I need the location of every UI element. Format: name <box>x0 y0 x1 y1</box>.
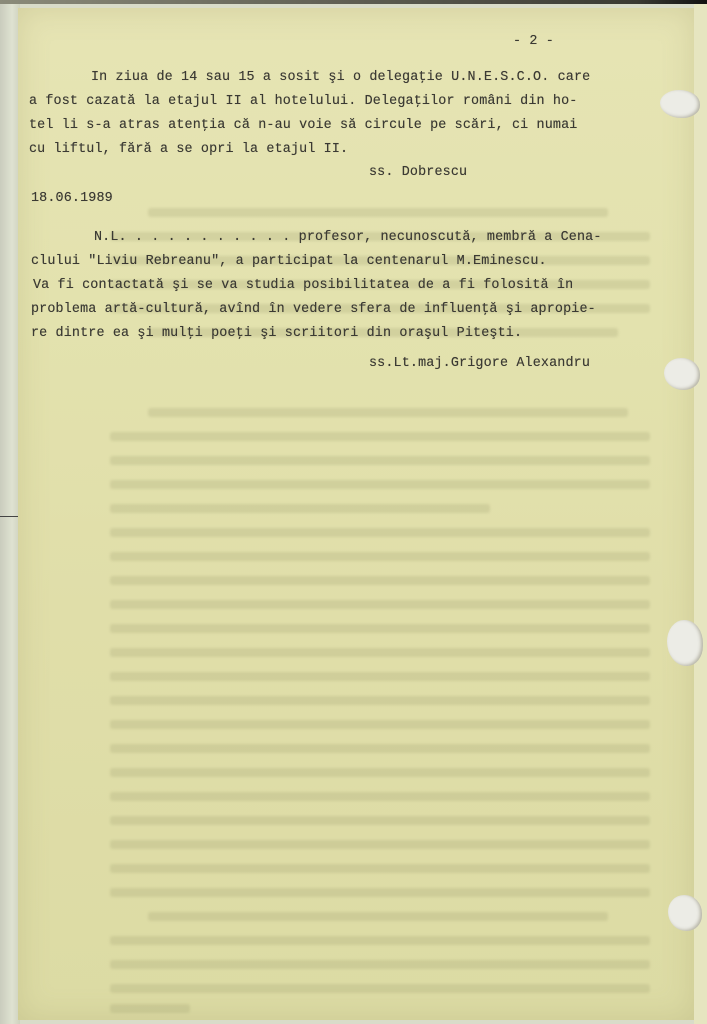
page-edge <box>694 0 707 1024</box>
paragraph-line: a fost cazată la etajul II al hotelului.… <box>29 90 577 114</box>
paragraph-line: N.L. . . . . . . . . . . profesor, necun… <box>94 226 602 250</box>
paragraph-line: clului "Liviu Rebreanu", a participat la… <box>31 250 547 274</box>
top-border-line <box>0 0 707 4</box>
paragraph-line: Va fi contactată şi se va studia posibil… <box>33 274 573 298</box>
punch-hole <box>660 90 700 118</box>
signature: ss.Lt.maj.Grigore Alexandru <box>369 352 590 376</box>
paragraph-line: problema artă-cultură, avînd în vedere s… <box>31 298 596 322</box>
left-margin-mark <box>0 516 18 517</box>
punch-hole <box>667 620 703 666</box>
punch-hole <box>664 358 700 390</box>
punch-hole <box>668 895 702 931</box>
page-number: - 2 - <box>513 30 554 54</box>
date: 18.06.1989 <box>31 187 113 211</box>
paragraph-line: cu liftul, fără a se opri la etajul II. <box>29 138 348 162</box>
signature: ss. Dobrescu <box>369 161 467 185</box>
paragraph-line: re dintre ea şi mulţi poeţi şi scriitori… <box>31 322 522 346</box>
scanner-backing <box>0 0 20 1024</box>
paragraph-line: tel li s-a atras atenţia că n-au voie să… <box>29 114 577 138</box>
paragraph-line: In ziua de 14 sau 15 a sosit şi o delega… <box>91 66 590 90</box>
